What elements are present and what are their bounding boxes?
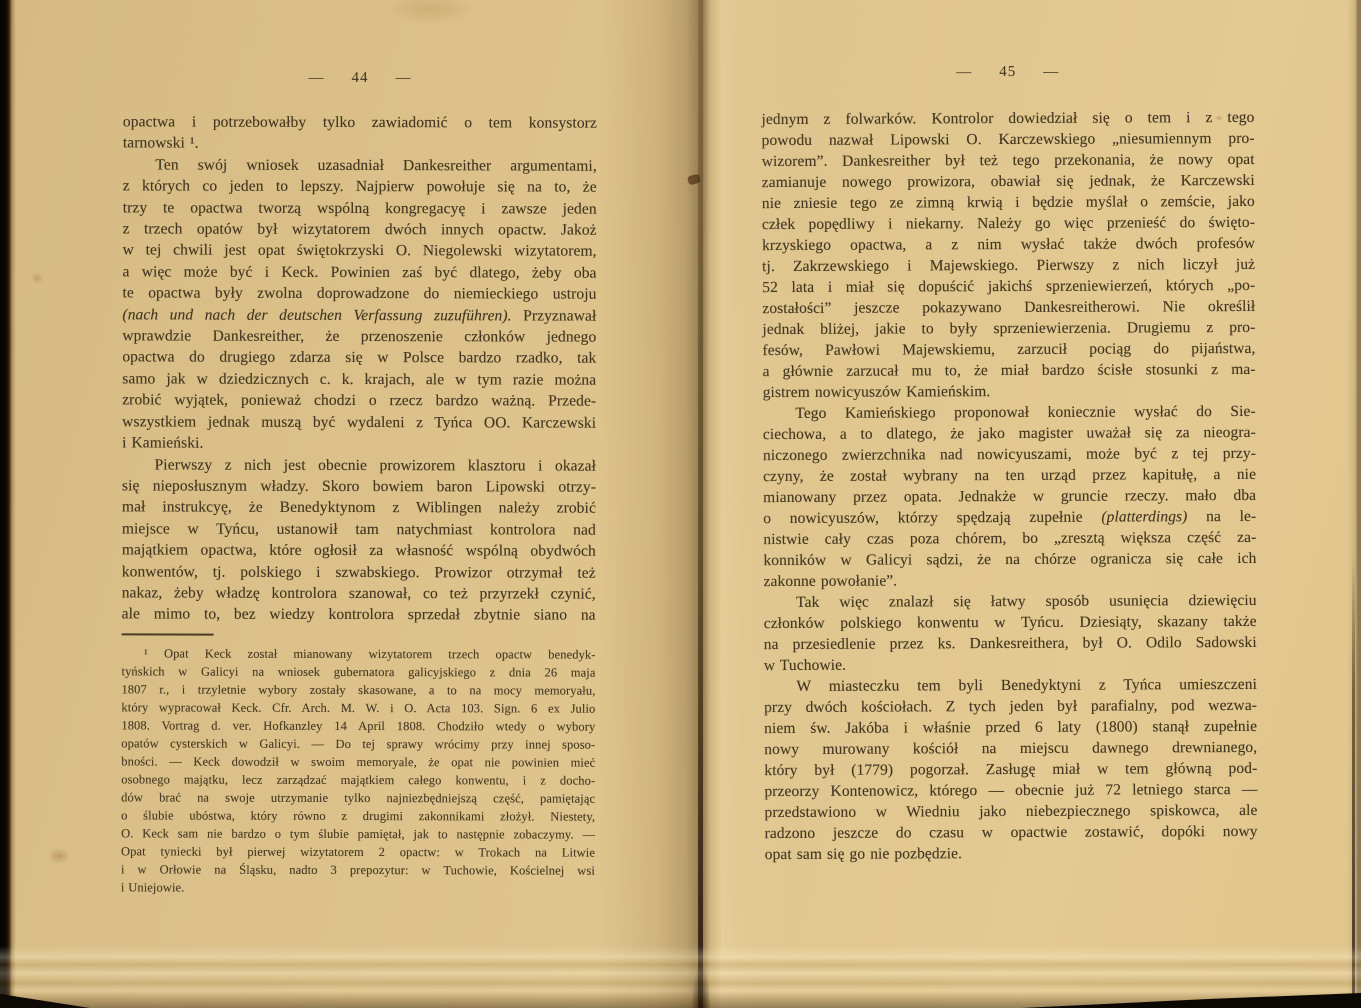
left-page-footnote: ¹ Opat Keck został mianowany wizytatorem… <box>121 644 596 897</box>
text-line: z których co jeden to lepszy. Najpierw p… <box>123 176 597 199</box>
text-line: wprawdzie Dankesreither, że przenoszenie… <box>122 325 596 348</box>
paper-stain <box>30 272 44 284</box>
text-line: o ślubie ubóstwa, który równo z drugimi … <box>121 806 595 825</box>
text-line: ¹ Opat Keck został mianowany wizytatorem… <box>122 644 596 663</box>
text-line: a głównie zarzucał mu to, że miał bardzo… <box>763 359 1256 382</box>
scan-right-edge-line <box>1352 554 1355 1008</box>
text-line: ale mimo to, bez wiedzy kontrolora sprze… <box>122 604 596 627</box>
text-line: fesów, Pawłowi Majewskiemu, zarzucił poc… <box>762 338 1255 361</box>
text-line: niem św. Jakóba i właśnie przed 6 laty (… <box>764 716 1257 739</box>
text-line: czyny, że został wybrany na ten urząd pr… <box>763 464 1256 487</box>
text-line: który wypracował Keck. Cfr. Arch. M. W. … <box>121 698 595 717</box>
text-line: z trzech opatów był wizytatorem dwóch in… <box>123 218 597 241</box>
page-number-left: —44— <box>123 69 597 92</box>
text-line: się nieposłusznym władzy. Skoro bowiem b… <box>122 475 596 498</box>
book-scan: —44— opactwa i potrzebowałby tylko zawia… <box>0 0 1361 1008</box>
scan-left-edge <box>0 0 16 1008</box>
text-line: konwentów, tj. polskiego i szwabskiego. … <box>122 561 596 584</box>
paper-stain <box>385 0 475 24</box>
left-page-body-text: opactwa i potrzebowałby tylko zawiadomić… <box>122 111 597 626</box>
text-line: zostałości” jeszcze pokazywano Dankesrei… <box>762 296 1255 319</box>
footnote-separator-line <box>122 633 214 635</box>
text-line: zrobić wyjątek, ponieważ chodzi o rzecz … <box>122 390 596 413</box>
text-line: w Tuchowie. <box>764 653 1257 676</box>
text-line: opatów cysterskich w Galicyi. — Do tej s… <box>121 734 595 753</box>
text-line: i Uniejowie. <box>121 878 595 897</box>
text-line: O. Keck sam nie bardzo o tym ślubie pami… <box>121 824 595 843</box>
text-line: Tak więc znalazł się łatwy sposób usunię… <box>764 590 1257 613</box>
text-line: opat sam się go nie pozbędzie. <box>765 842 1258 865</box>
text-line: który był (1779) pogorzał. Zasługę miał … <box>764 758 1257 781</box>
text-line: przedstawiono w Wiedniu jako niebezpiecz… <box>764 800 1257 823</box>
text-line: zakonne powołanie”. <box>763 569 1256 592</box>
text-line: a więc może być i Keck. Powinien zaś być… <box>123 261 597 284</box>
text-line: i Kamieński. <box>122 432 596 455</box>
page-number-right: —45— <box>761 63 1254 87</box>
text-line: wszystkiem jednak muszą być wydaleni z T… <box>122 411 596 434</box>
text-line: zamianuje nowego prowizora, obawiał się … <box>762 170 1255 193</box>
text-line: majątkiem opactwa, które ogłosił za włas… <box>122 540 596 563</box>
text-line: (nach und nach der deutschen Verfassung … <box>122 304 596 327</box>
text-line: samo jak w dziedzicznych c. k. krajach, … <box>122 368 596 391</box>
text-line: powodu nazwał Lipowski O. Karczewskiego … <box>762 128 1255 151</box>
text-line: o nowicyuszów, którzy spędzają zupełnie … <box>763 506 1256 529</box>
text-line: Tego Kamieńskiego proponował koniecznie … <box>763 401 1256 424</box>
text-line: tyńskich w Galicyi na wniosek gubernator… <box>121 662 595 681</box>
text-line: bności. — Keck dowodził w swoim memoryal… <box>121 752 595 771</box>
text-line: nie zniesie tego ze zimną krwią i będzie… <box>762 191 1255 214</box>
text-line: przy dwóch kościołach. Z tych jeden był … <box>764 695 1257 718</box>
header-dash: — <box>396 70 412 86</box>
text-line: nistwie cały czas poza chórem, bo „zresz… <box>763 527 1256 550</box>
text-line: krzyskiego opactwa, a z nim wysłać także… <box>762 233 1255 256</box>
header-dash: — <box>309 70 325 86</box>
page-right: —45— jednym z folwarków. Kontrolor dowie… <box>761 63 1257 865</box>
text-line: niczonego zwierzchnika nad nowicyuszami,… <box>763 443 1256 466</box>
text-line: opactwa i potrzebowałby tylko zawiadomić… <box>123 111 597 134</box>
page-left: —44— opactwa i potrzebowałby tylko zawia… <box>121 69 597 897</box>
header-dash: — <box>956 64 972 80</box>
text-line: osobnego majątku, lecz zarządzać majątki… <box>121 770 595 789</box>
text-line: w tej chwili jest opat świętokrzyski O. … <box>123 240 597 263</box>
right-page-body-text: jednym z folwarków. Kontrolor dowiedział… <box>761 107 1257 865</box>
text-line: tj. Zakrzewskiego i Majewskiego. Pierwsz… <box>762 254 1255 277</box>
text-line: radzono jeszcze do czasu w opactwie zost… <box>765 821 1258 844</box>
page-number: 44 <box>352 70 369 86</box>
gutter-crease-line <box>698 0 703 1008</box>
page-bottom-edges <box>0 946 1361 1008</box>
text-line: Ten swój wniosek uzasadniał Dankesreithe… <box>123 154 597 177</box>
text-line: te opactwa były zwolna doprowadzone do n… <box>122 283 596 306</box>
text-line: 1807 r., i trzyletnie wybory zostały ska… <box>121 680 595 699</box>
text-line: jednak bliżej, jakie to były sprzeniewie… <box>762 317 1255 340</box>
page-number: 45 <box>999 64 1016 80</box>
paper-stain <box>48 848 70 864</box>
text-line: 1808. Vortrag d. ver. Hofkanzley 14 Apri… <box>121 716 595 735</box>
text-line: wizorem”. Dankesreither był też tego prz… <box>762 149 1255 172</box>
header-dash: — <box>1043 64 1059 80</box>
text-line: dów brać na swoje utrzymanie tylko najni… <box>121 788 595 807</box>
text-line: mianowany przez opata. Jednakże w grunci… <box>763 485 1256 508</box>
text-line: nakaz, żeby władzę kontrolora szanował, … <box>122 582 596 605</box>
text-line: i w Orłowie na Śląsku, nadto 3 prepozytu… <box>121 860 595 879</box>
text-line: tarnowski ¹. <box>123 133 597 156</box>
text-line: mał instrukcyę, że Benedyktynom z Wiblin… <box>122 497 596 520</box>
text-line: opactwa do drugiego zdarza się w Polsce … <box>122 347 596 370</box>
text-line: W miasteczku tem byli Benedyktyni z Tyńc… <box>764 674 1257 697</box>
text-line: 52 lata i miał się dopuścić jakichś sprz… <box>762 275 1255 298</box>
text-line: członków polskiego konwentu w Tyńcu. Dzi… <box>764 611 1257 634</box>
text-line: człek popędliwy i niekarny. Należy go wi… <box>762 212 1255 235</box>
text-line: przeorzy Kontenowicz, którego — obecnie … <box>764 779 1257 802</box>
text-line: na przesiedlenie przez ks. Dankesreither… <box>764 632 1257 655</box>
text-line: Opat tyniecki był pierwej wizytatorem 2 … <box>121 842 595 861</box>
text-line: trzy te opactwa tworzą wspólną kongregac… <box>123 197 597 220</box>
text-line: jednym z folwarków. Kontrolor dowiedział… <box>761 107 1254 130</box>
text-line: Pierwszy z nich jest obecnie prowizorem … <box>122 454 596 477</box>
text-line: nowy murowany kościół na miejscu dawnego… <box>764 737 1257 760</box>
text-line: ciechowa, a to dlatego, że jako magister… <box>763 422 1256 445</box>
text-line: miejsce w Tyńcu, ustanowił tam natychmia… <box>122 518 596 541</box>
text-line: gistrem nowicyuszów Kamieńskim. <box>763 380 1256 403</box>
text-line: konników w Galicyi sądzi, że na chórze o… <box>763 548 1256 571</box>
